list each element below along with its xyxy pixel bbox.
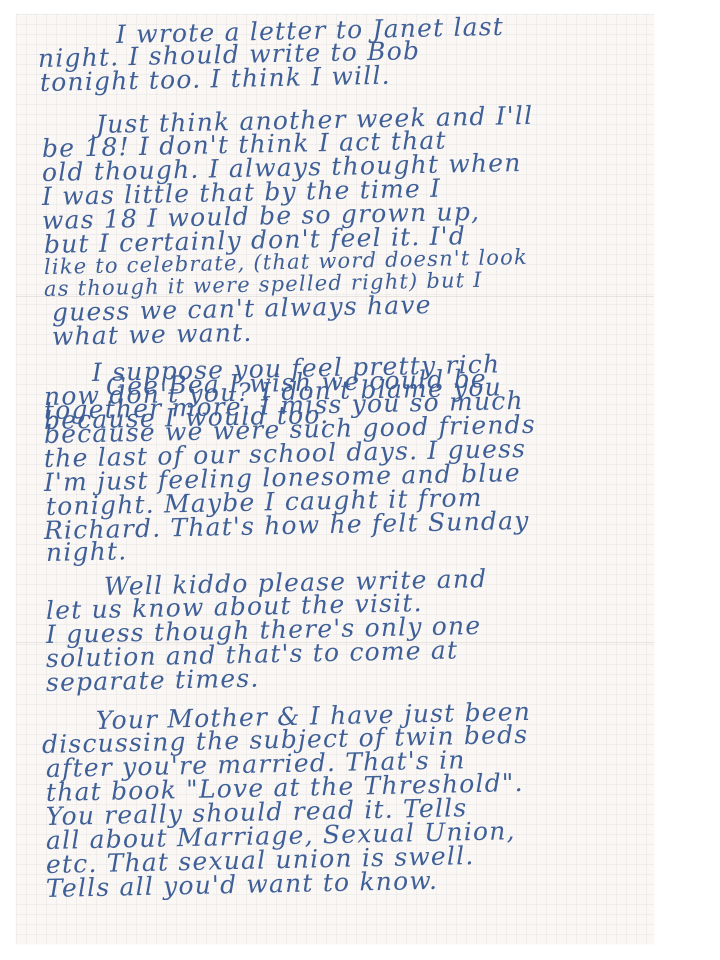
letter-line: Tells all you'd want to know. [46,868,439,902]
letter-line: separate times. [46,666,260,696]
letter-body-lower: Gee Bea I wish we could be together more… [16,14,654,944]
letter-line: night. [46,538,128,566]
